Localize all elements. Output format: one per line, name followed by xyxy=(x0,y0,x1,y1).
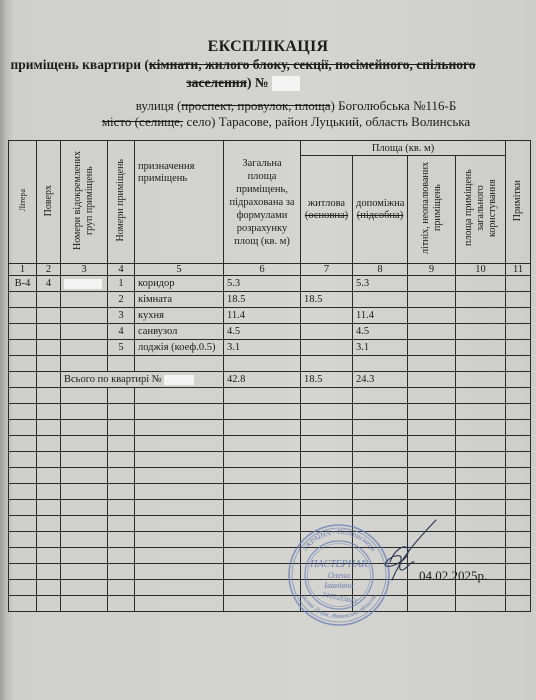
table-row-empty xyxy=(9,596,531,612)
cell-common xyxy=(456,596,506,612)
header-common: площа приміщень загального користування xyxy=(456,156,506,264)
cell-room: 2 xyxy=(108,292,135,308)
table-row-empty xyxy=(9,532,531,548)
cell-auxiliary: 4.5 xyxy=(353,324,408,340)
cell-total xyxy=(224,500,301,516)
cell-notes xyxy=(506,452,531,468)
cell-notes xyxy=(506,548,531,564)
cell-purpose xyxy=(135,388,224,404)
cell-purpose xyxy=(135,420,224,436)
cell-group xyxy=(61,292,108,308)
document-title: ЕКСПЛІКАЦІЯ xyxy=(0,38,536,56)
cell-auxiliary xyxy=(353,388,408,404)
table-row-empty xyxy=(9,452,531,468)
subtitle-struck-text: кімнати, жилого блоку, секції, посімейно… xyxy=(149,57,476,90)
header-area-group: Площа (кв. м) xyxy=(301,141,506,156)
column-number: 1 xyxy=(9,264,37,276)
cell-room xyxy=(108,500,135,516)
column-number-row: 1234567891011 xyxy=(9,264,531,276)
cell-auxiliary xyxy=(353,436,408,452)
header-group-numbers: Номери відокремлених груп приміщень xyxy=(61,141,108,264)
cell-room xyxy=(108,468,135,484)
cell-total xyxy=(224,484,301,500)
cell-floor xyxy=(37,500,61,516)
cell-notes xyxy=(506,372,531,388)
cell-total xyxy=(224,436,301,452)
cell-litera xyxy=(9,500,37,516)
street-prefix: вулиця ( xyxy=(136,98,182,113)
cell-floor xyxy=(37,436,61,452)
cell-notes xyxy=(506,516,531,532)
auxiliary-struck: (підсобна) xyxy=(357,210,403,221)
cell-notes xyxy=(506,580,531,596)
cell-litera xyxy=(9,436,37,452)
cell-common xyxy=(456,484,506,500)
total-label: Всього по квартирі № xyxy=(61,372,224,388)
cell-group xyxy=(61,468,108,484)
cell-room xyxy=(108,404,135,420)
living-struck: (основна) xyxy=(305,210,348,221)
cell-notes xyxy=(506,436,531,452)
cell-common xyxy=(456,436,506,452)
cell-group xyxy=(61,324,108,340)
cell-total: 18.5 xyxy=(224,292,301,308)
cell-room xyxy=(108,564,135,580)
cell-purpose xyxy=(135,596,224,612)
column-number: 2 xyxy=(37,264,61,276)
cell-notes xyxy=(506,308,531,324)
cell-total: 11.4 xyxy=(224,308,301,324)
cell-living xyxy=(301,436,353,452)
header-litera: Літера xyxy=(9,141,37,264)
cell-total xyxy=(224,468,301,484)
cell-floor xyxy=(37,564,61,580)
cell-summer xyxy=(408,308,456,324)
cell-total xyxy=(224,388,301,404)
cell-living xyxy=(301,340,353,356)
cell-litera xyxy=(9,356,37,372)
header-auxiliary: допоміжна(підсобна) xyxy=(353,156,408,264)
cell-living xyxy=(301,420,353,436)
cell-floor xyxy=(37,308,61,324)
cell-purpose xyxy=(135,356,224,372)
column-number: 3 xyxy=(61,264,108,276)
stamp-name: ПАСТЕРНАК xyxy=(309,559,369,570)
cell-floor: 4 xyxy=(37,276,61,292)
cell-room xyxy=(108,356,135,372)
cell-purpose: коридор xyxy=(135,276,224,292)
stamp-first-name: Олена xyxy=(328,570,350,580)
cell-room xyxy=(108,548,135,564)
header-floor: Поверх xyxy=(37,141,61,264)
cell-living: 18.5 xyxy=(301,372,353,388)
document-page: ЕКСПЛІКАЦІЯ приміщень квартири (кімнати,… xyxy=(0,0,536,700)
cell-auxiliary: 3.1 xyxy=(353,340,408,356)
cell-room xyxy=(108,388,135,404)
cell-living xyxy=(301,276,353,292)
cell-litera xyxy=(9,452,37,468)
cell-room xyxy=(108,452,135,468)
cell-purpose: лоджія (коеф.0.5) xyxy=(135,340,224,356)
cell-room xyxy=(108,420,135,436)
cell-notes xyxy=(506,500,531,516)
cell-living xyxy=(301,308,353,324)
cell-common xyxy=(456,356,506,372)
cell-living xyxy=(301,404,353,420)
cell-common xyxy=(456,500,506,516)
table-row-empty xyxy=(9,548,531,564)
cell-group xyxy=(61,436,108,452)
cell-notes xyxy=(506,532,531,548)
stamp-code: 2465503843 xyxy=(321,590,357,605)
cell-summer xyxy=(408,292,456,308)
cell-notes xyxy=(506,404,531,420)
cell-floor xyxy=(37,516,61,532)
cell-litera xyxy=(9,548,37,564)
cell-notes xyxy=(506,324,531,340)
cell-common xyxy=(456,340,506,356)
cell-group xyxy=(61,580,108,596)
stamp-patronymic: Іванівна xyxy=(323,580,353,590)
cell-group xyxy=(61,564,108,580)
cell-common xyxy=(456,388,506,404)
cell-litera: В-4 xyxy=(9,276,37,292)
cell-floor xyxy=(37,324,61,340)
table-row-empty xyxy=(9,436,531,452)
redacted-apartment-number xyxy=(272,76,300,91)
cell-room: 5 xyxy=(108,340,135,356)
table-row-empty xyxy=(9,420,531,436)
cell-room xyxy=(108,596,135,612)
cell-notes xyxy=(506,420,531,436)
locality-name: село) Тарасове, район Луцький, область В… xyxy=(183,114,470,129)
cell-floor xyxy=(37,372,61,388)
header-floor-text: Поверх xyxy=(43,185,55,216)
explication-table: Літера Поверх Номери відокремлених груп … xyxy=(8,140,531,612)
cell-total: 42.8 xyxy=(224,372,301,388)
cell-living xyxy=(301,484,353,500)
redacted-group-number xyxy=(64,279,102,289)
cell-notes xyxy=(506,484,531,500)
header-summer-text: літніх, неопалюваних приміщень xyxy=(420,156,444,260)
cell-notes xyxy=(506,388,531,404)
cell-purpose xyxy=(135,580,224,596)
cell-summer xyxy=(408,596,456,612)
cell-room xyxy=(108,516,135,532)
cell-purpose xyxy=(135,452,224,468)
table-body: В-441коридор5.35.32кімната18.518.53кухня… xyxy=(9,276,531,612)
cell-living xyxy=(301,356,353,372)
cell-notes xyxy=(506,292,531,308)
cell-group xyxy=(61,452,108,468)
cell-notes xyxy=(506,356,531,372)
cell-common xyxy=(456,404,506,420)
cell-living xyxy=(301,324,353,340)
stamp-top-text: УКРАЇНА • Підприємець xyxy=(300,527,379,553)
cell-floor xyxy=(37,468,61,484)
subtitle-prefix: приміщень квартири ( xyxy=(10,57,148,72)
cell-litera xyxy=(9,340,37,356)
column-number: 4 xyxy=(108,264,135,276)
cell-litera xyxy=(9,564,37,580)
cell-group xyxy=(61,308,108,324)
header-room-numbers: Номери приміщень xyxy=(108,141,135,264)
cell-auxiliary xyxy=(353,356,408,372)
cell-auxiliary: 11.4 xyxy=(353,308,408,324)
cell-living xyxy=(301,388,353,404)
cell-floor xyxy=(37,596,61,612)
cell-floor xyxy=(37,420,61,436)
cell-total xyxy=(224,404,301,420)
column-number: 5 xyxy=(135,264,224,276)
cell-group xyxy=(61,420,108,436)
cell-purpose xyxy=(135,500,224,516)
cell-floor xyxy=(37,356,61,372)
table-row: 3кухня11.411.4 xyxy=(9,308,531,324)
column-number: 7 xyxy=(301,264,353,276)
subtitle-suffix: ) № xyxy=(247,75,268,90)
table-row-empty xyxy=(9,404,531,420)
cell-summer xyxy=(408,436,456,452)
table-row-empty xyxy=(9,356,531,372)
cell-common xyxy=(456,516,506,532)
cell-floor xyxy=(37,452,61,468)
cell-purpose xyxy=(135,548,224,564)
cell-total: 3.1 xyxy=(224,340,301,356)
cell-common xyxy=(456,308,506,324)
cell-group xyxy=(61,276,108,292)
cell-floor xyxy=(37,292,61,308)
living-label: житлова xyxy=(308,198,345,209)
cell-litera xyxy=(9,292,37,308)
cell-summer xyxy=(408,452,456,468)
cell-notes xyxy=(506,276,531,292)
header-purpose: призначення приміщень xyxy=(135,141,224,264)
cell-notes xyxy=(506,468,531,484)
cell-living xyxy=(301,500,353,516)
cell-purpose: кухня xyxy=(135,308,224,324)
cell-purpose xyxy=(135,564,224,580)
cell-auxiliary xyxy=(353,452,408,468)
cell-living xyxy=(301,452,353,468)
table-row: 5лоджія (коеф.0.5)3.13.1 xyxy=(9,340,531,356)
cell-litera xyxy=(9,484,37,500)
table-row-empty xyxy=(9,468,531,484)
column-number: 11 xyxy=(506,264,531,276)
header-common-text: площа приміщень загального користування xyxy=(463,156,499,260)
cell-total: 4.5 xyxy=(224,324,301,340)
cell-notes xyxy=(506,564,531,580)
cell-auxiliary xyxy=(353,484,408,500)
cell-auxiliary: 5.3 xyxy=(353,276,408,292)
cell-notes xyxy=(506,340,531,356)
cell-purpose: кімната xyxy=(135,292,224,308)
cell-purpose xyxy=(135,484,224,500)
cell-room: 1 xyxy=(108,276,135,292)
cell-common xyxy=(456,468,506,484)
cell-group xyxy=(61,404,108,420)
cell-total: 5.3 xyxy=(224,276,301,292)
cell-summer xyxy=(408,468,456,484)
table-row-empty xyxy=(9,500,531,516)
street-struck: проспект, провулок, площа xyxy=(181,98,330,113)
cell-floor xyxy=(37,404,61,420)
header-group-numbers-text: Номери відокремлених груп приміщень xyxy=(72,142,96,260)
cell-floor xyxy=(37,532,61,548)
cell-group xyxy=(61,532,108,548)
cell-purpose xyxy=(135,516,224,532)
address-locality: місто (селище, село) Тарасове, район Луц… xyxy=(56,114,516,130)
header-summer: літніх, неопалюваних приміщень xyxy=(408,156,456,264)
cell-litera xyxy=(9,596,37,612)
cell-common xyxy=(456,276,506,292)
cell-litera xyxy=(9,516,37,532)
cell-room xyxy=(108,580,135,596)
svg-text:УКРАЇНА • Підприємець: УКРАЇНА • Підприємець xyxy=(300,527,379,553)
cell-auxiliary xyxy=(353,468,408,484)
cell-common xyxy=(456,324,506,340)
cell-auxiliary: 24.3 xyxy=(353,372,408,388)
cell-total xyxy=(224,420,301,436)
table-row: 2кімната18.518.5 xyxy=(9,292,531,308)
cell-litera xyxy=(9,580,37,596)
cell-group xyxy=(61,548,108,564)
cell-auxiliary xyxy=(353,420,408,436)
total-row: Всього по квартирі № 42.818.524.3 xyxy=(9,372,531,388)
cell-litera xyxy=(9,532,37,548)
header-living: житлова(основна) xyxy=(301,156,353,264)
cell-room xyxy=(108,436,135,452)
cell-floor xyxy=(37,580,61,596)
redacted-apartment-number xyxy=(164,375,194,385)
header-notes-text: Примітки xyxy=(512,180,524,221)
cell-summer xyxy=(408,340,456,356)
cell-purpose: санвузол xyxy=(135,324,224,340)
cell-total xyxy=(224,452,301,468)
cell-litera xyxy=(9,372,37,388)
document-date: 04.02.2025р. xyxy=(419,568,487,584)
cell-living xyxy=(301,468,353,484)
cell-group xyxy=(61,516,108,532)
cell-group xyxy=(61,340,108,356)
header-notes: Примітки xyxy=(506,141,531,264)
cell-summer xyxy=(408,404,456,420)
cell-summer xyxy=(408,388,456,404)
auxiliary-label: допоміжна xyxy=(356,198,404,209)
column-number: 10 xyxy=(456,264,506,276)
cell-room: 4 xyxy=(108,324,135,340)
cell-auxiliary xyxy=(353,292,408,308)
cell-purpose xyxy=(135,436,224,452)
header-total-area: Загальна площа приміщень, підрахована за… xyxy=(224,141,301,264)
cell-group xyxy=(61,388,108,404)
column-number: 8 xyxy=(353,264,408,276)
cell-total xyxy=(224,356,301,372)
table-row: 4санвузол4.54.5 xyxy=(9,324,531,340)
cell-summer xyxy=(408,420,456,436)
cell-room: 3 xyxy=(108,308,135,324)
cell-litera xyxy=(9,404,37,420)
cell-litera xyxy=(9,468,37,484)
cell-auxiliary xyxy=(353,404,408,420)
cell-litera xyxy=(9,308,37,324)
cell-common xyxy=(456,452,506,468)
cell-room xyxy=(108,484,135,500)
locality-struck: місто (селище, xyxy=(102,114,183,129)
cell-purpose xyxy=(135,532,224,548)
cell-notes xyxy=(506,596,531,612)
header-litera-text: Літера xyxy=(17,189,29,211)
cell-group xyxy=(61,596,108,612)
cell-floor xyxy=(37,484,61,500)
column-number: 6 xyxy=(224,264,301,276)
cell-summer xyxy=(408,276,456,292)
cell-litera xyxy=(9,420,37,436)
cell-common xyxy=(456,420,506,436)
cell-floor xyxy=(37,340,61,356)
address-street: вулиця (проспект, провулок, площа) Богол… xyxy=(66,98,526,114)
header-room-numbers-text: Номери приміщень xyxy=(115,159,127,242)
cell-group xyxy=(61,500,108,516)
table-row-empty xyxy=(9,516,531,532)
cell-summer xyxy=(408,372,456,388)
cell-common xyxy=(456,532,506,548)
cell-common xyxy=(456,548,506,564)
cell-purpose xyxy=(135,404,224,420)
cell-summer xyxy=(408,324,456,340)
street-name: ) Боголюбська №116-Б xyxy=(331,98,457,113)
cell-floor xyxy=(37,548,61,564)
cell-floor xyxy=(37,388,61,404)
cell-group xyxy=(61,484,108,500)
document-subtitle: приміщень квартири (кімнати, жилого блок… xyxy=(8,56,478,92)
column-number: 9 xyxy=(408,264,456,276)
table-row-empty xyxy=(9,484,531,500)
cell-common xyxy=(456,292,506,308)
cell-group xyxy=(61,356,108,372)
cell-purpose xyxy=(135,468,224,484)
cell-room xyxy=(108,532,135,548)
cell-summer xyxy=(408,484,456,500)
cell-summer xyxy=(408,356,456,372)
table-row-empty xyxy=(9,388,531,404)
cell-common xyxy=(456,372,506,388)
cell-litera xyxy=(9,324,37,340)
table-row: В-441коридор5.35.3 xyxy=(9,276,531,292)
cell-living: 18.5 xyxy=(301,292,353,308)
cell-litera xyxy=(9,388,37,404)
